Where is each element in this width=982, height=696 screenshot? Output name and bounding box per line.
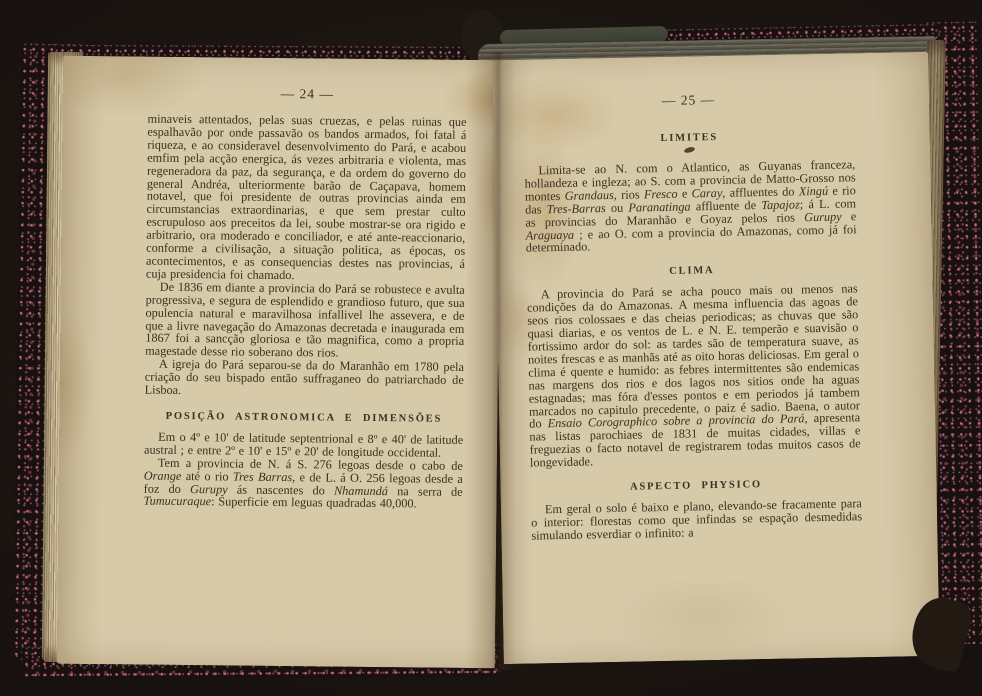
section-heading: POSIÇÃO ASTRONOMICA E DIMENSÕES — [144, 411, 463, 425]
ink-smudge — [684, 146, 696, 154]
page-number: — 25 — — [523, 89, 854, 111]
paragraph: Em geral o solo é baixo e plano, elevand… — [531, 497, 863, 542]
paragraph: A provincia do Pará se acha pouco mais o… — [527, 283, 861, 470]
paragraph: Limita-se ao N. com o Atlantico, as Guya… — [524, 158, 857, 255]
page-24-body: minaveis attentados, pelas suas cruezas,… — [143, 113, 466, 512]
section-heading: ASPECTO PHYSICO — [530, 477, 861, 494]
paragraph: A igreja do Pará separou-se da do Maranh… — [145, 358, 464, 400]
section-heading: LIMITES — [524, 129, 855, 146]
book-scan: — 24 — minaveis attentados, pelas suas c… — [0, 0, 982, 696]
page-24-content: — 24 — minaveis attentados, pelas suas c… — [143, 85, 466, 512]
page-number: — 24 — — [148, 85, 467, 104]
page-25-body: LIMITESLimita-se ao N. com o Atlantico, … — [524, 129, 863, 542]
page-24: — 24 — minaveis attentados, pelas suas c… — [57, 56, 501, 669]
paragraph: De 1836 em diante a provincia do Pará se… — [145, 280, 465, 361]
page-25-content: — 25 — LIMITESLimita-se ao N. com o Atla… — [523, 89, 863, 542]
paragraph: minaveis attentados, pelas suas cruezas,… — [146, 113, 467, 284]
section-heading: CLIMA — [526, 263, 857, 280]
paragraph: Tem a provincia de N. á S. 276 legoas de… — [143, 456, 463, 511]
page-25: — 25 — LIMITESLimita-se ao N. com o Atla… — [492, 52, 940, 664]
